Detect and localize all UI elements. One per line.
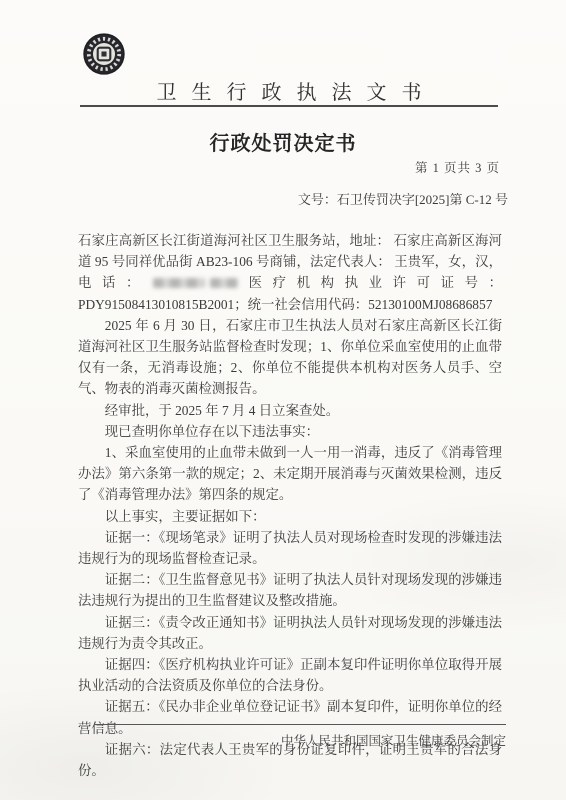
evidence-item-3: 证据三：《责令改正通知书》证明执法人员针对现场发现的涉嫌违法违规行为责令其改正。 xyxy=(78,612,502,654)
party-information: 石家庄高新区长江街道海河社区卫生服务站，地址： 石家庄高新区海河道 95 号同祥… xyxy=(78,230,502,315)
paragraph-evidence-intro: 以上事实，主要证据如下： xyxy=(78,506,502,527)
organization-seal-icon xyxy=(83,33,125,75)
paragraph-violation-details: 1、采血室使用的止血带未做到一人一用一消毒，违反了《消毒管理办法》第六条第一款的… xyxy=(78,442,502,506)
evidence-item-2: 证据二：《卫生监督意见书》证明了执法人员针对现场发现的涉嫌违法违规行为提出的卫生… xyxy=(78,569,502,611)
document-title: 行政处罚决定书 xyxy=(30,127,536,156)
footer-issuer: 中华人民共和国国家卫生健康委员会制定 xyxy=(281,731,506,749)
document-body: 石家庄高新区长江街道海河社区卫生服务站，地址： 石家庄高新区海河道 95 号同祥… xyxy=(78,230,502,781)
evidence-item-4: 证据四：《医疗机构执业许可证》正副本复印件证明你单位取得开展执业活动的合法资质及… xyxy=(78,654,502,696)
redacted-phone-segment-1 xyxy=(153,278,205,288)
document-reference-number: 文号：石卫传罚决字[2025]第 C-12 号 xyxy=(298,189,508,208)
paragraph-violation-intro: 现已查明你单位存在以下违法事实： xyxy=(78,421,502,442)
paragraph-inspection-findings: 2025 年 6 月 30 日，石家庄市卫生执法人员对石家庄高新区长江街道海河社… xyxy=(78,315,502,400)
footer-divider xyxy=(94,724,506,725)
scanned-document-page: 卫生行政执法文书 行政处罚决定书 第 1 页共 3 页 文号：石卫传罚决字[20… xyxy=(0,0,566,800)
page-number-indicator: 第 1 页共 3 页 xyxy=(415,158,500,176)
header-divider xyxy=(80,105,498,107)
paragraph-case-filing: 经审批，于 2025 年 7 月 4 日立案查处。 xyxy=(78,400,502,421)
evidence-item-1: 证据一：《现场笔录》证明了执法人员对现场检查时发现的涉嫌违法违规行为的现场监督检… xyxy=(78,527,502,569)
redacted-phone-segment-2 xyxy=(210,278,238,288)
document-category-heading: 卫生行政执法文书 xyxy=(80,76,498,105)
